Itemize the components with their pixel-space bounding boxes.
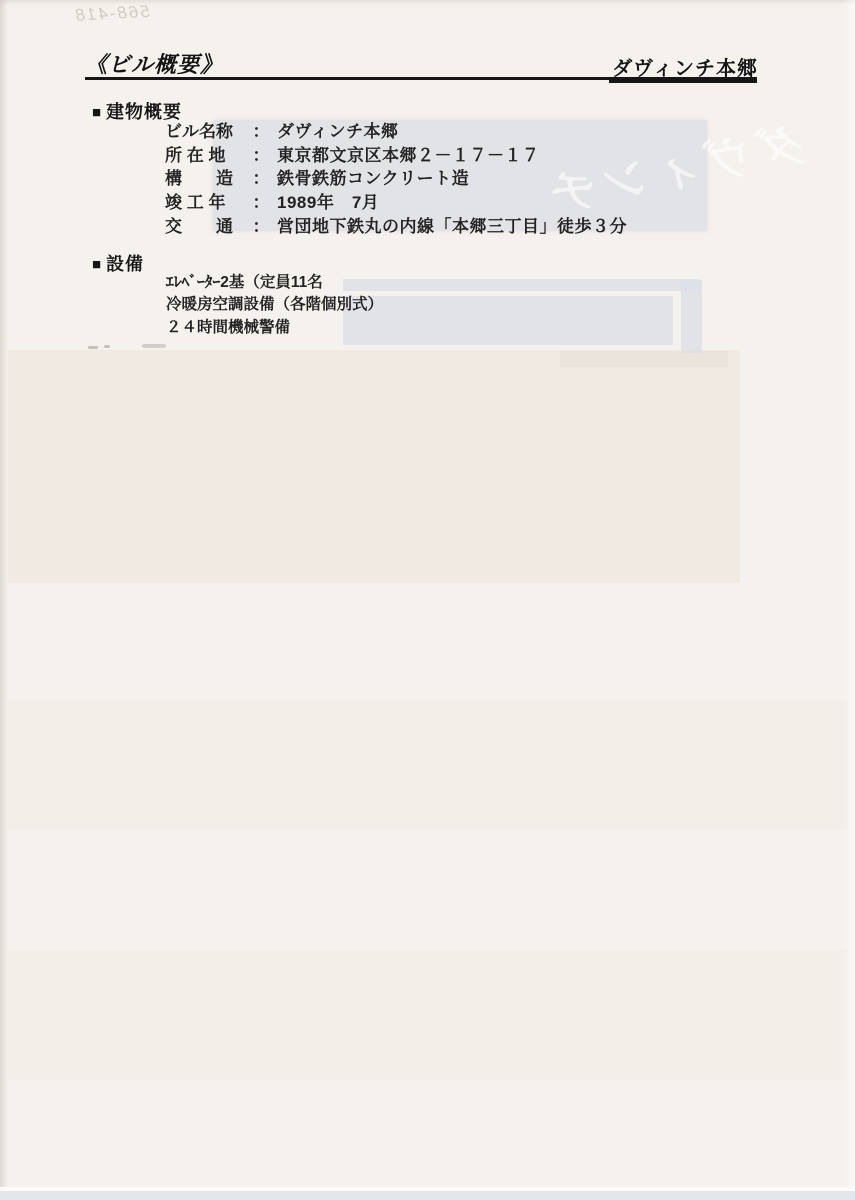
spec-value: ダヴィンチ本郷 [277,120,398,144]
spec-separator: ： [245,191,277,215]
square-bullet-icon: ■ [92,256,102,273]
spec-value: 鉄骨鉄筋コンクリート造 [277,167,469,191]
spec-separator: ： [245,215,277,239]
table-row: ビル名称 ： ダヴィンチ本郷 [165,120,627,144]
facility-list: ｴﾚﾍﾞｰﾀｰ2基（定員11名 冷暖房空調設備（各階個別式） ２４時間機械警備 [166,272,383,339]
spec-value: 東京都文京区本郷２－１７－１７ [277,144,540,168]
spec-label: 竣 工 年 [165,191,245,215]
spec-separator: ： [245,120,277,144]
table-row: 竣 工 年 ： 1989年 7月 [165,191,627,215]
spec-label: ビル名称 [165,120,245,144]
section-heading-label: 設備 [106,254,144,274]
scanned-document-page: 568-418 ダヴィンチ 《ビル概要》 ダヴィンチ本郷 ■建物概要 ビル名称 … [0,0,855,1200]
spec-value: 営団地下鉄丸の内線「本郷三丁目」徒歩３分 [277,215,627,239]
building-spec-table: ビル名称 ： ダヴィンチ本郷 所 在 地 ： 東京都文京区本郷２－１７－１７ 構… [165,120,627,238]
table-row: 所 在 地 ： 東京都文京区本郷２－１７－１７ [165,144,627,168]
list-item: ２４時間機械警備 [166,317,383,339]
table-row: 交 通 ： 営団地下鉄丸の内線「本郷三丁目」徒歩３分 [165,215,627,239]
page-title: 《ビル概要》 [85,48,223,79]
spec-label: 構 造 [165,167,245,191]
section-heading-facilities: ■設備 [92,250,144,276]
spec-value: 1989年 7月 [277,191,379,215]
section-heading-label: 建物概要 [106,102,182,122]
spec-separator: ： [245,144,277,168]
spec-label: 所 在 地 [165,144,245,168]
list-item: 冷暖房空調設備（各階個別式） [166,294,383,316]
square-bullet-icon: ■ [92,104,102,121]
spec-label: 交 通 [165,215,245,239]
list-item: ｴﾚﾍﾞｰﾀｰ2基（定員11名 [166,272,383,294]
header-rule-right [609,80,757,83]
table-row: 構 造 ： 鉄骨鉄筋コンクリート造 [165,167,627,191]
spec-separator: ： [245,167,277,191]
